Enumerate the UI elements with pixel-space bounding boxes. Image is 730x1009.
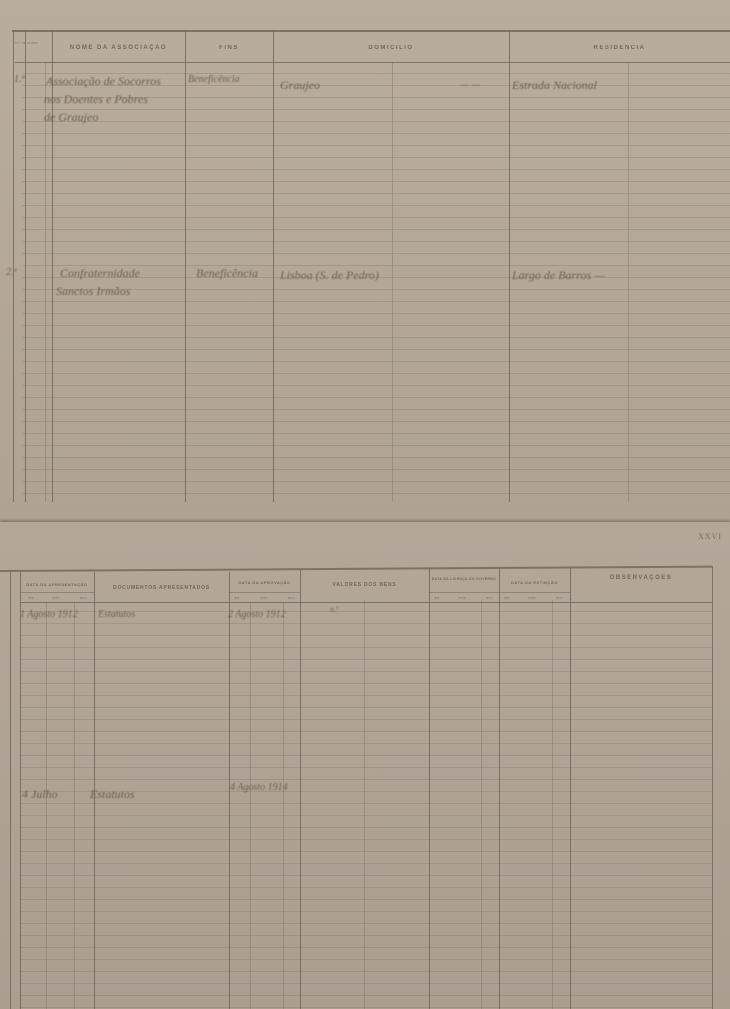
column-line bbox=[185, 30, 186, 502]
subheader-line bbox=[229, 592, 300, 593]
header-order-number: N.º de ordem bbox=[15, 40, 25, 45]
column-line bbox=[429, 568, 430, 1009]
entry-name-line: nos Doentes e Pobres bbox=[44, 92, 148, 107]
subheader-day: dia bbox=[28, 595, 33, 600]
entry-values: n.º bbox=[330, 605, 338, 614]
entry-documents: Estatutos bbox=[98, 609, 135, 620]
entry-domicile: Graujeo bbox=[280, 78, 320, 93]
column-line bbox=[300, 570, 301, 1009]
column-line bbox=[46, 602, 47, 1009]
header-association-name: NOME DA ASSOCIAÇÃO bbox=[52, 45, 185, 51]
ledger-page-top: N.º de ordem NOME DA ASSOCIAÇÃO FINS DOM… bbox=[0, 0, 730, 522]
left-border bbox=[10, 572, 11, 1009]
entry-name-line: de Graujeo bbox=[44, 110, 98, 125]
entry-approval-date: 2 Agosto 1912 bbox=[228, 609, 286, 620]
subheader-day: dia bbox=[434, 595, 439, 600]
entry-residence: Estrada Nacional bbox=[512, 78, 597, 93]
column-line bbox=[481, 600, 482, 1009]
column-line bbox=[628, 62, 629, 502]
subheader-month: mês bbox=[458, 595, 466, 600]
column-line bbox=[25, 30, 26, 502]
column-line bbox=[45, 62, 46, 502]
header-presentation-date: DATA DA APRESENTAÇÃO bbox=[20, 582, 94, 587]
column-line bbox=[570, 568, 571, 1009]
column-line bbox=[509, 30, 510, 502]
ledger-page-bottom: XXVI DATA DA APRESENTAÇÃO dia mês ano DO… bbox=[0, 522, 730, 1009]
entry-name-line: Confraternidade bbox=[60, 266, 140, 281]
column-line bbox=[552, 600, 553, 1009]
subheader-line bbox=[429, 592, 570, 593]
subheader-year: ano bbox=[288, 595, 295, 600]
column-line bbox=[273, 30, 274, 502]
entry-documents: Estatutos bbox=[90, 787, 135, 802]
column-line bbox=[74, 602, 75, 1009]
entry-residence: Largo de Barros — bbox=[512, 268, 605, 283]
entry-approval-date: 4 Agosto 1914 bbox=[230, 782, 288, 793]
page-number: XXVI bbox=[698, 532, 722, 541]
subheader-month: mês bbox=[260, 595, 268, 600]
entry-purpose: Beneficência bbox=[188, 74, 240, 85]
entry-presentation-date: 1 Agosto 1912 bbox=[20, 609, 78, 620]
entry-number: 1.ª bbox=[14, 74, 24, 85]
column-line bbox=[499, 568, 500, 1009]
right-border bbox=[712, 566, 713, 1009]
header-approval-date: DATA DA APROVAÇÃO bbox=[229, 580, 300, 585]
header-purpose: FINS bbox=[185, 45, 273, 51]
column-line bbox=[283, 602, 284, 1009]
top-border bbox=[12, 30, 730, 32]
entry-purpose: Beneficência bbox=[196, 266, 258, 281]
column-line bbox=[20, 572, 21, 1009]
entry-number: 2.ª bbox=[6, 267, 16, 278]
header-documents: DOCUMENTOS APRESENTADOS bbox=[94, 585, 229, 591]
entry-name-line: Sanctos Irmãos bbox=[56, 284, 130, 299]
entry-presentation-date: 4 Julho bbox=[22, 787, 58, 802]
header-asset-values: VALORES DOS BENS bbox=[300, 582, 429, 588]
header-observations: OBSERVAÇÕES bbox=[570, 575, 712, 581]
header-residence: RESIDENCIA bbox=[509, 45, 730, 51]
column-line bbox=[392, 62, 393, 502]
subheader-day: dia bbox=[504, 595, 509, 600]
subheader-year: ano bbox=[486, 595, 493, 600]
left-border bbox=[13, 30, 14, 502]
header-extinction-date: DATA DA EXTINÇÃO bbox=[499, 580, 570, 585]
header-domicile: DOMICILIO bbox=[273, 45, 509, 51]
top-border bbox=[0, 566, 712, 572]
entry-domicile: Lisboa (S. de Pedro) bbox=[280, 268, 379, 283]
header-divider bbox=[20, 602, 712, 603]
column-line bbox=[364, 600, 365, 1009]
entry-domicile-note: — — bbox=[460, 80, 480, 91]
subheader-line bbox=[20, 592, 94, 593]
entry-name-line: Associação de Socorros bbox=[46, 74, 161, 89]
header-divider bbox=[15, 62, 730, 63]
subheader-month: mês bbox=[528, 595, 536, 600]
ruled-lines bbox=[20, 600, 712, 1009]
subheader-day: dia bbox=[234, 595, 239, 600]
subheader-year: ano bbox=[80, 595, 87, 600]
subheader-month: mês bbox=[52, 595, 60, 600]
subheader-year: ano bbox=[556, 595, 563, 600]
header-license-date: DATA DA LICENÇA DO GOVERNO bbox=[429, 577, 499, 582]
column-line bbox=[250, 602, 251, 1009]
